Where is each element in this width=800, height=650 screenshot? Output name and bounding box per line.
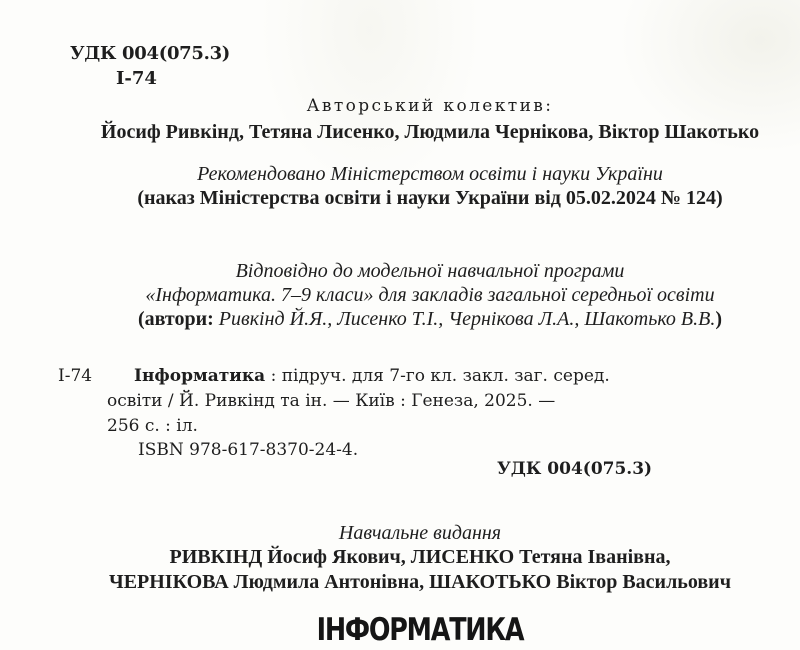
program-line-3: (автори: Ривкінд Й.Я., Лисенко Т.І., Чер… [0, 308, 800, 331]
catalog-code: І-74 [116, 68, 157, 89]
full-author-names-line-1: РИВКІНД Йосиф Якович, ЛИСЕНКО Тетяна Іва… [0, 546, 800, 569]
full-author-names-line-2: ЧЕРНІКОВА Людмила Антонівна, ШАКОТЬКО Ві… [0, 571, 800, 594]
program-authors-names: Ривкінд Й.Я., Лисенко Т.І., Чернікова Л.… [219, 308, 716, 330]
bibliographic-title: Інформатика [134, 366, 265, 386]
program-line-1: Відповідно до модельної навчальної прогр… [0, 260, 800, 283]
ministry-order: (наказ Міністерства освіти і науки Украї… [0, 187, 800, 210]
ministry-recommendation: Рекомендовано Міністерством освіти і нау… [0, 163, 800, 186]
udk-code-bottom: УДК 004(075.3) [497, 459, 652, 479]
imprint-page: УДК 004(075.3) І-74 Авторський колектив:… [0, 0, 800, 650]
program-authors-prefix: (автори: [138, 308, 219, 330]
authors-collective-label: Авторський колектив: [0, 96, 800, 116]
edition-type: Навчальне видання [0, 522, 800, 545]
bibliographic-line-2: освіти / Й. Ривкінд та ін. — Київ : Гене… [107, 391, 555, 411]
authors-names: Йосиф Ривкінд, Тетяна Лисенко, Людмила Ч… [0, 121, 800, 144]
isbn: ISBN 978-617-8370-24-4. [138, 440, 358, 460]
bibliographic-code: І-74 [58, 366, 92, 386]
program-authors-suffix: ) [715, 308, 722, 330]
book-title: ІНФОРМАТИКА [76, 612, 732, 648]
udk-code: УДК 004(075.3) [70, 43, 230, 64]
bibliographic-line-1: Інформатика : підруч. для 7-го кл. закл.… [134, 366, 610, 386]
program-line-2: «Інформатика. 7–9 класи» для закладів за… [0, 284, 800, 307]
bibliographic-description: : підруч. для 7-го кл. закл. заг. серед. [265, 366, 610, 386]
bibliographic-line-3: 256 с. : іл. [107, 416, 198, 436]
